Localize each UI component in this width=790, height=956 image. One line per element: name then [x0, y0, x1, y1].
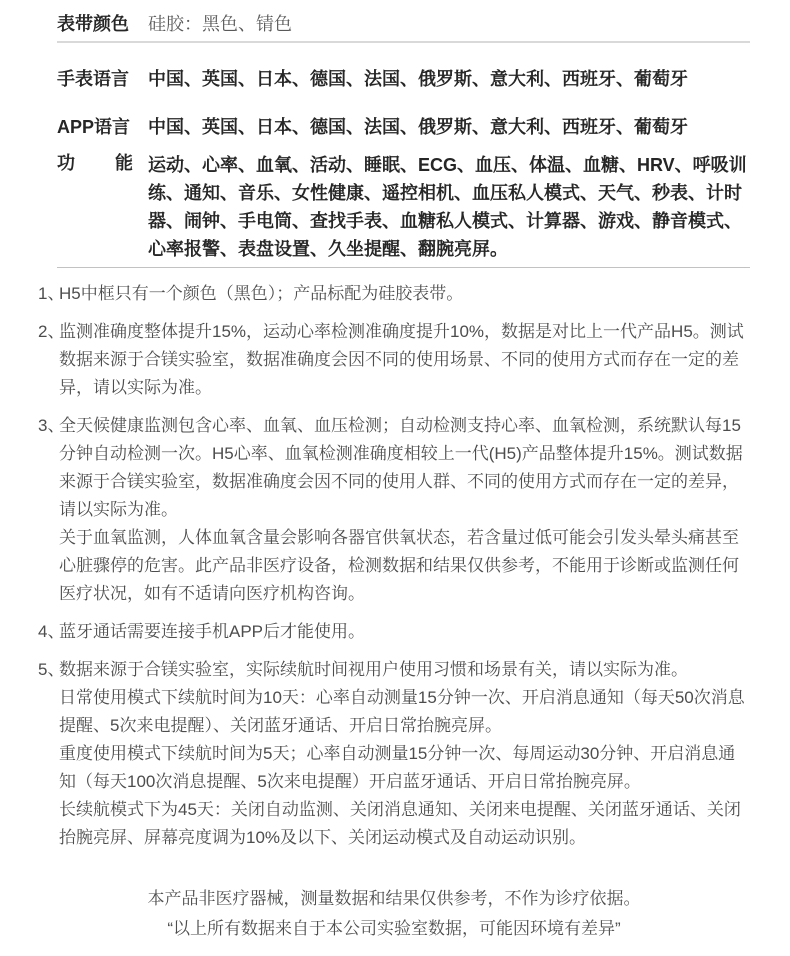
spec-row-strap-color: 表带颜色 硅胶：黑色、锖色: [57, 12, 750, 36]
spec-row-functions: 功能 运动、心率、血氧、活动、睡眠、ECG、血压、体温、血糖、HRV、呼吸训练、…: [57, 151, 750, 263]
spec-value-app-language: 中国、英国、日本、德国、法国、俄罗斯、意大利、西班牙、葡萄牙: [148, 115, 688, 139]
spec-table: 表带颜色 硅胶：黑色、锖色 手表语言 中国、英国、日本、德国、法国、俄罗斯、意大…: [38, 12, 750, 263]
note-number: 3、: [38, 412, 59, 608]
note-item-5: 5、 数据来源于合镁实验室，实际续航时间视用户使用习惯和场景有关，请以实际为准。…: [38, 656, 750, 852]
section-divider: [57, 267, 750, 268]
note-text: 蓝牙通话需要连接手机APP后才能使用。: [59, 618, 750, 646]
spec-row-watch-language: 手表语言 中国、英国、日本、德国、法国、俄罗斯、意大利、西班牙、葡萄牙: [57, 67, 750, 91]
note-item-1: 1、 H5中框只有一个颜色（黑色）；产品标配为硅胶表带。: [38, 280, 750, 308]
note-number: 1、: [38, 280, 59, 308]
disclaimer-line-1: 本产品非医疗器械，测量数据和结果仅供参考，不作为诊疗依据。: [38, 884, 750, 914]
spec-value-functions: 运动、心率、血氧、活动、睡眠、ECG、血压、体温、血糖、HRV、呼吸训练、通知、…: [148, 151, 750, 263]
note-paragraph: 日常使用模式下续航时间为10天：心率自动测量15分钟一次、开启消息通知（每天50…: [59, 684, 750, 740]
note-number: 2、: [38, 318, 59, 402]
note-paragraph: 监测准确度整体提升15%，运动心率检测准确度提升10%，数据是对比上一代产品H5…: [59, 318, 750, 402]
note-paragraph: 全天候健康监测包含心率、血氧、血压检测；自动检测支持心率、血氧检测，系统默认每1…: [59, 412, 750, 524]
note-text: H5中框只有一个颜色（黑色）；产品标配为硅胶表带。: [59, 280, 750, 308]
spec-row-app-language: APP语言 中国、英国、日本、德国、法国、俄罗斯、意大利、西班牙、葡萄牙: [57, 115, 750, 139]
spec-label-watch-language: 手表语言: [57, 67, 133, 91]
note-item-2: 2、 监测准确度整体提升15%，运动心率检测准确度提升10%，数据是对比上一代产…: [38, 318, 750, 402]
note-text: 监测准确度整体提升15%，运动心率检测准确度提升10%，数据是对比上一代产品H5…: [59, 318, 750, 402]
note-paragraph: 关于血氧监测，人体血氧含量会影响各器官供氧状态，若含量过低可能会引发头晕头痛甚至…: [59, 524, 750, 608]
spec-value-strap-color: 硅胶：黑色、锖色: [148, 12, 292, 36]
note-number: 5、: [38, 656, 59, 852]
product-spec-page: 表带颜色 硅胶：黑色、锖色 手表语言 中国、英国、日本、德国、法国、俄罗斯、意大…: [0, 0, 790, 944]
note-paragraph: 蓝牙通话需要连接手机APP后才能使用。: [59, 618, 750, 646]
disclaimer-line-2: “以上所有数据来自于本公司实验室数据，可能因环境有差异”: [38, 914, 750, 944]
note-item-4: 4、 蓝牙通话需要连接手机APP后才能使用。: [38, 618, 750, 646]
notes-list: 1、 H5中框只有一个颜色（黑色）；产品标配为硅胶表带。 2、 监测准确度整体提…: [38, 280, 750, 852]
note-text: 数据来源于合镁实验室，实际续航时间视用户使用习惯和场景有关，请以实际为准。 日常…: [59, 656, 750, 852]
note-paragraph: 长续航模式下为45天：关闭自动监测、关闭消息通知、关闭来电提醒、关闭蓝牙通话、关…: [59, 796, 750, 852]
note-paragraph: 数据来源于合镁实验室，实际续航时间视用户使用习惯和场景有关，请以实际为准。: [59, 656, 750, 684]
section-divider: [57, 41, 750, 43]
note-text: 全天候健康监测包含心率、血氧、血压检测；自动检测支持心率、血氧检测，系统默认每1…: [59, 412, 750, 608]
note-paragraph: 重度使用模式下续航时间为5天；心率自动测量15分钟一次、每周运动30分钟、开启消…: [59, 740, 750, 796]
note-paragraph: H5中框只有一个颜色（黑色）；产品标配为硅胶表带。: [59, 280, 750, 308]
note-number: 4、: [38, 618, 59, 646]
spec-value-watch-language: 中国、英国、日本、德国、法国、俄罗斯、意大利、西班牙、葡萄牙: [148, 67, 688, 91]
spec-label-functions: 功能: [57, 151, 133, 175]
footer-disclaimer: 本产品非医疗器械，测量数据和结果仅供参考，不作为诊疗依据。 “以上所有数据来自于…: [38, 884, 750, 944]
spec-label-app-language: APP语言: [57, 115, 133, 139]
note-item-3: 3、 全天候健康监测包含心率、血氧、血压检测；自动检测支持心率、血氧检测，系统默…: [38, 412, 750, 608]
spec-label-strap-color: 表带颜色: [57, 12, 133, 36]
